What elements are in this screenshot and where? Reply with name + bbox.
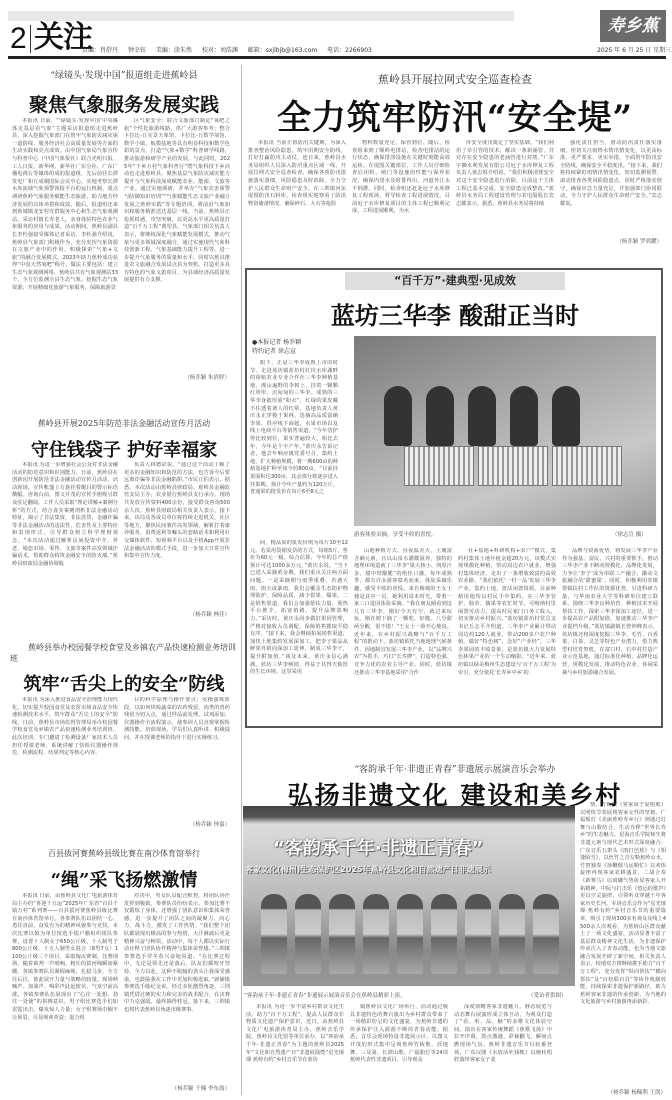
plum-body-col4: 品牌与资源优势，将发展三华李产业作为强基、富民、兴村的重要抓手，推动三华李产业不… xyxy=(562,548,658,720)
credit-proofreader: 校对：刘浩渊 xyxy=(202,47,238,54)
weather-body-col2: 区气象安全；联合文旅部门制定“氧吧之旅”个性化旅游线路，供广大游客参考；整合卡拉… xyxy=(124,118,230,373)
food-kicker: 蕉岭县举办校园餐学校食堂及乡镇农产品快速检测业务培训班 xyxy=(10,642,238,664)
food-body-col1: 本报讯 为深入推进食品安全治理能力现代化，切实提升校园食堂及农贸市场食品安全快速… xyxy=(12,697,118,827)
heritage-photo: “客韵承千年·非遗正青春” 客家文化(梅州)生态保护区2025年蕉岭县文化和自然… xyxy=(243,806,575,986)
flood-body-col4: 强化责任担当，推动防汛责任落实落细，密切关注雨情水情汛情变化，以更高标准、更严要… xyxy=(560,140,662,236)
column-divider xyxy=(241,65,242,1095)
plum-body-col1: 间，精品果的批发价则为每斤10至12元。若采用袋箱发货的方式，每箱5斤，售价为6… xyxy=(250,540,348,720)
photo-crates xyxy=(404,446,622,486)
page-number: 2 xyxy=(10,24,27,54)
food-body-col2: 目的科学原理与操作要点；实操演练阶段，以如何快检蔬菜的农药残留、肉类的兽药残留为… xyxy=(124,697,230,819)
credit-designer: 美编：涂朱然 xyxy=(156,47,192,54)
heritage-body-col1: 本报讯 为进一步丰富乡村群众文化生活，助力“百千万工程”，提高人民群众非物质文化… xyxy=(246,1004,344,1096)
finance-body-col1: 本报讯 为进一步增强社会公众对非法金融活动的防范意识和识别能力，日前，蕉岭县在创… xyxy=(12,462,118,617)
heritage-photo-caption: “客韵承千年·非遗正青春”非遗展示展演音乐会在蕉岭县精彩上演。 xyxy=(244,991,405,999)
flood-body-col1: 本报讯 当前正值防汛关键期，为深入排查整治风险隐患，筑牢汛期安全防线，打好打赢防… xyxy=(248,140,346,244)
rope-body-col1: 本报讯 日前，由蕉岭县文化广电旅游体育局主办的“喜迎十五运”2025年广东省“百… xyxy=(12,893,118,1093)
finance-byline: （杨乔颖 林佳） xyxy=(124,610,230,618)
finance-body-col2: 负责人林德彩说。“通过这个活动了解了更多的金融知识和防范的方法，也告诉今后要远离… xyxy=(124,462,230,610)
plum-photo-credit: （徐志宣 摄） xyxy=(612,530,647,538)
plum-photo-caption: 游客体验采摘，享受丰收的喜悦。 xyxy=(354,530,437,538)
rope-body-col2: 对决中，男女队员配合默契，将团队协作发挥到极致。参赛队员纷纷表示，参加比赛不仅锻… xyxy=(124,893,230,1083)
plum-authors: ●本报记者 杨乔颖 特约记者 徐志宣 xyxy=(252,338,301,356)
photo-people xyxy=(384,386,580,446)
heritage-photo-credit: （受访者供图） xyxy=(528,991,567,999)
credit-phone: 电话：2266903 xyxy=(327,47,372,54)
rope-kicker: 百县拔河赛蕉岭县级比赛在南沙体育馆举行 xyxy=(10,848,238,859)
plum-photo xyxy=(354,336,656,526)
rope-byline: （杨乔颖 于楠 李东霞） xyxy=(124,1084,230,1092)
plum-body-col2: 山地种植方式，昼夜温差大，土壤富含硒元素，且以山泉水灌溉滋养，独特的地理环境造就… xyxy=(354,548,452,720)
credit-editor2: 钟幸钰 xyxy=(128,47,146,54)
heritage-kicker: “客韵承千年·非遗正青春”非遗展示展演音乐会举办 xyxy=(245,762,665,775)
weather-byline: （杨乔颖 朱倩婷） xyxy=(124,373,230,381)
photo-banner-sub: 客家文化(梅州)生态保护区2025年蕉岭县文化和自然遗产日非遗展示 xyxy=(245,864,491,875)
plum-headline: 蓝坊三华李 酸甜正当时 xyxy=(245,296,665,331)
heritage-byline: （杨乔颖 杨佩利 王凯） xyxy=(580,1088,666,1096)
newspaper-logo: 寿乡蕉岭 xyxy=(600,10,666,42)
food-headline: 筑牢“舌尖上的安全”防线 xyxy=(10,670,238,696)
flood-headline: 全力筑牢防汛“安全堤” xyxy=(245,90,665,139)
rope-headline: “绳”采飞扬燃激情 xyxy=(10,866,238,892)
photo-banner-main: “客韵承千年·非遗正青春” xyxy=(273,834,484,860)
plum-body-col3: 社+基地+科研机构+农户”模式，集约村集体土地年租金超20万元。该模式实现规模化… xyxy=(458,548,556,720)
flood-kicker: 蕉岭县开展拉网式安全巡查检查 xyxy=(245,71,665,87)
weather-kicker: “绿镜头·发现中国”报道组走进蕉岭县 xyxy=(10,68,238,81)
flood-body-col2: 物料数量充足、保管到位。随后，检查组来到了顺岭电排站，检查电排站的运行状态，确保… xyxy=(352,140,450,244)
masthead-divider xyxy=(30,25,31,53)
heritage-body-col3: 深度领略客家非遗魅力。静态展览与动态舞台展演形成立体互动，为观众打造了“看、听、… xyxy=(454,1004,552,1096)
finance-kicker: 蕉岭县开展2025年防范非法金融活动宣传月活动 xyxy=(10,418,238,429)
credit-editor: 责编：肖舒丹 xyxy=(82,47,118,54)
credit-email[interactable]: 邮箱：sxjlbjb@163.com xyxy=(248,47,317,54)
masthead-rule xyxy=(8,56,666,59)
food-byline: （杨乔颖 钟嘉） xyxy=(124,820,230,828)
finance-headline: 守住钱袋子 护好幸福家 xyxy=(10,436,238,462)
photo-dancers xyxy=(261,894,559,974)
heritage-body-col2: 镇蕉岭县文化广场举行，活动通过极具非遗特色的舞台演出为乡村群众带来了一场精彩纷呈… xyxy=(350,1004,448,1096)
plum-author-1: ●本报记者 杨乔颖 xyxy=(252,338,301,347)
plum-author-2: 特约记者 徐志宣 xyxy=(252,347,301,356)
issue-date: 2025 年 6 月 25 日 星期三 xyxy=(597,45,671,54)
heritage-body-col4: 情，竹板歌《客家妹子爱唱歌》以明快节奏展现客家女性的坚韧，广福船灯《美丽蕉岭寿乡… xyxy=(580,802,666,1086)
flood-byline: （杨乔颖 罗鸿耀） xyxy=(560,237,662,245)
editor-credits: 责编：肖舒丹 钟幸钰 美编：涂朱然 校对：刘浩渊 邮箱：sxjlbjb@163.… xyxy=(82,45,380,54)
flood-body-col3: 库安全度汛奠定了坚实基础。“我们利用了牵引管的技术，解决一条新涵管，并对存在安全… xyxy=(456,140,554,244)
weather-body-col1: 本报讯 日前，“‘绿镜头·发现中国’中央媒体走基层看气象”主题采访报道组走进蕉岭… xyxy=(12,118,118,380)
plum-intro: 眼下，正是三华李成熟上市的时节。走进蓝坊镇蓝坊村红坑水库湖畔的裕航农业专业合作社… xyxy=(250,360,338,536)
weather-headline: 聚焦气象服务发展实践 xyxy=(10,90,238,117)
plum-banner: “百千万”·建典型·见成效 xyxy=(345,272,565,290)
